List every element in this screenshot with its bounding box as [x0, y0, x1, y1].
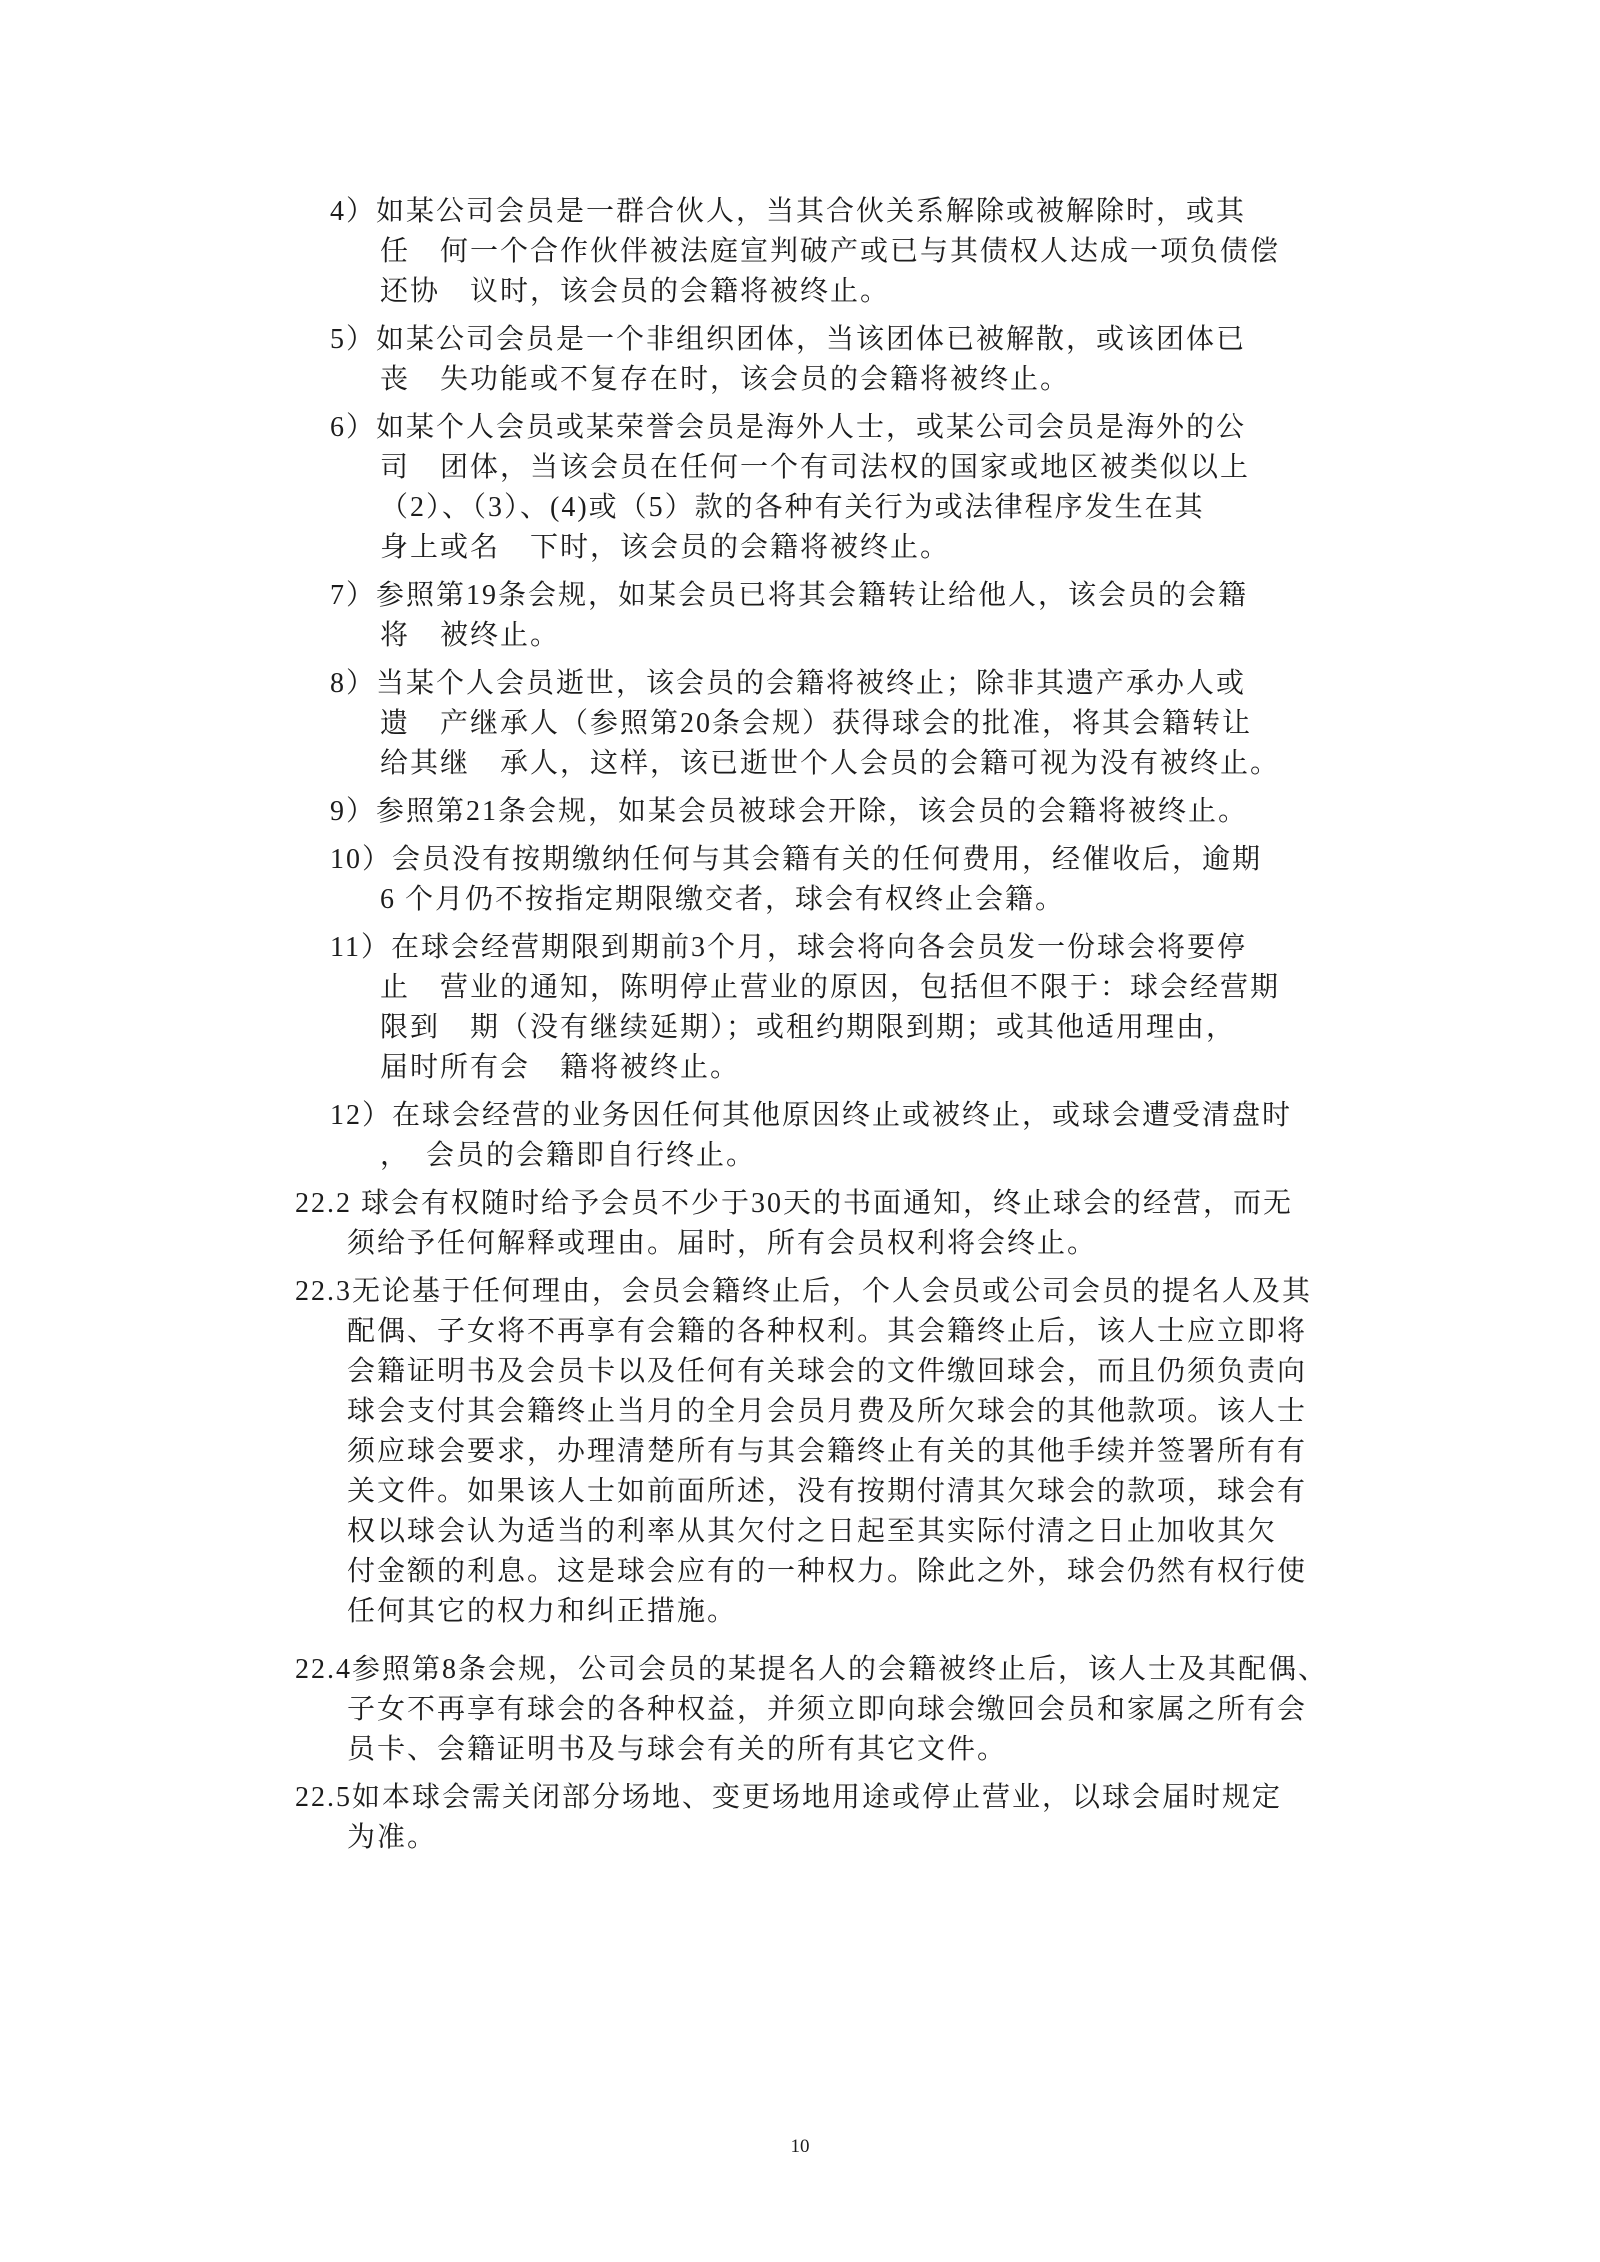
clause-continuation-line: 权以球会认为适当的利率从其欠付之日起至其实际付清之日止加收其欠 — [295, 1512, 1480, 1552]
clause-block: 10）会员没有按期缴纳任何与其会籍有关的任何费用，经催收后，逾期 6 个月仍不按… — [0, 840, 1480, 920]
clause-text: 参照第21条会规，如某会员被球会开除，该会员的会籍将被终止。 — [376, 796, 1248, 827]
clause-first-line: 22.2 球会有权随时给予会员不少于30天的书面通知，终止球会的经营，而无 — [295, 1184, 1480, 1224]
clause-first-line: 7）参照第19条会规，如某会员已将其会籍转让给他人，该会员的会籍 — [330, 576, 1480, 616]
clause-text: 参照第19条会规，如某会员已将其会籍转让给他人，该会员的会籍 — [376, 580, 1248, 611]
clause-continuation-line: （2）、（3）、(4)或（5）款的各种有关行为或法律程序发生在其 — [330, 488, 1480, 528]
clause-block: 22.4参照第8条会规，公司会员的某提名人的会籍被终止后，该人士及其配偶、 子女… — [0, 1650, 1480, 1770]
clause-continuation-line: 届时所有会 籍将被终止。 — [330, 1048, 1480, 1088]
clause-block: 22.5如本球会需关闭部分场地、变更场地用途或停止营业，以球会届时规定 为准。 — [0, 1778, 1480, 1858]
clause-continuation-line: 司 团体，当该会员在任何一个有司法权的国家或地区被类似以上 — [330, 448, 1480, 488]
clause-continuation-line: 会籍证明书及会员卡以及任何有关球会的文件缴回球会，而且仍须负责向 — [295, 1352, 1480, 1392]
clause-marker: 22.2 — [295, 1188, 361, 1219]
clause-text: 参照第8条会规，公司会员的某提名人的会籍被终止后，该人士及其配偶、 — [352, 1654, 1328, 1685]
clause-continuation-line: 子女不再享有球会的各种权益，并须立即向球会缴回会员和家属之所有会 — [295, 1690, 1480, 1730]
clause-marker: 9） — [330, 796, 376, 827]
clause-block: 8）当某个人会员逝世，该会员的会籍将被终止；除非其遗产承办人或 遗 产继承人（参… — [0, 664, 1480, 784]
clause-continuation-line: 止 营业的通知，陈明停止营业的原因，包括但不限于：球会经营期 — [330, 968, 1480, 1008]
clause-continuation-line: 配偶、子女将不再享有会籍的各种权利。其会籍终止后，该人士应立即将 — [295, 1312, 1480, 1352]
clause-continuation-line: 关文件。如果该人士如前面所述，没有按期付清其欠球会的款项，球会有 — [295, 1472, 1480, 1512]
clause-text: 如某公司会员是一群合伙人，当其合伙关系解除或被解除时，或其 — [376, 196, 1246, 227]
clause-continuation-line: 遗 产继承人（参照第20条会规）获得球会的批准，将其会籍转让 — [330, 704, 1480, 744]
clause-continuation-line: 为准。 — [295, 1818, 1480, 1858]
clause-continuation-line: 任 何一个合作伙伴被法庭宣判破产或已与其债权人达成一项负债偿 — [330, 232, 1480, 272]
clause-block: 12）在球会经营的业务因任何其他原因终止或被终止，或球会遭受清盘时 ， 会员的会… — [0, 1096, 1480, 1176]
clause-text: 如本球会需关闭部分场地、变更场地用途或停止营业，以球会届时规定 — [352, 1782, 1282, 1813]
page-number: 10 — [0, 2136, 1600, 2158]
clause-continuation-line: 须给予任何解释或理由。届时，所有会员权利将会终止。 — [295, 1224, 1480, 1264]
clause-marker: 4） — [330, 196, 376, 227]
clause-marker: 8） — [330, 668, 376, 699]
clause-continuation-line: 限到 期（没有继续延期）；或租约期限到期；或其他适用理由， — [330, 1008, 1480, 1048]
clause-text: 在球会经营的业务因任何其他原因终止或被终止，或球会遭受清盘时 — [392, 1100, 1292, 1131]
clause-first-line: 10）会员没有按期缴纳任何与其会籍有关的任何费用，经催收后，逾期 — [330, 840, 1480, 880]
clause-text: 如某个人会员或某荣誉会员是海外人士，或某公司会员是海外的公 — [376, 412, 1246, 443]
clause-first-line: 22.5如本球会需关闭部分场地、变更场地用途或停止营业，以球会届时规定 — [295, 1778, 1480, 1818]
clause-first-line: 12）在球会经营的业务因任何其他原因终止或被终止，或球会遭受清盘时 — [330, 1096, 1480, 1136]
document-page: 4）如某公司会员是一群合伙人，当其合伙关系解除或被解除时，或其 任 何一个合作伙… — [0, 0, 1600, 2262]
clause-continuation-line: 6 个月仍不按指定期限缴交者，球会有权终止会籍。 — [330, 880, 1480, 920]
clause-marker: 7） — [330, 580, 376, 611]
clause-block: 6）如某个人会员或某荣誉会员是海外人士，或某公司会员是海外的公 司 团体，当该会… — [0, 408, 1480, 568]
clause-continuation-line: 任何其它的权力和纠正措施。 — [295, 1592, 1480, 1632]
clause-continuation-line: 须应球会要求，办理清楚所有与其会籍终止有关的其他手续并签署所有有 — [295, 1432, 1480, 1472]
clause-first-line: 6）如某个人会员或某荣誉会员是海外人士，或某公司会员是海外的公 — [330, 408, 1480, 448]
clause-continuation-line: 还协 议时，该会员的会籍将被终止。 — [330, 272, 1480, 312]
clause-continuation-line: 身上或名 下时，该会员的会籍将被终止。 — [330, 528, 1480, 568]
clause-marker: 22.3 — [295, 1276, 352, 1307]
clause-continuation-line: 员卡、会籍证明书及与球会有关的所有其它文件。 — [295, 1730, 1480, 1770]
clause-text: 球会有权随时给予会员不少于30天的书面通知，终止球会的经营，而无 — [361, 1188, 1293, 1219]
clause-text: 当某个人会员逝世，该会员的会籍将被终止；除非其遗产承办人或 — [376, 668, 1246, 699]
clause-marker: 6） — [330, 412, 376, 443]
clause-marker: 10） — [330, 844, 392, 875]
clause-continuation-line: 丧 失功能或不复存在时，该会员的会籍将被终止。 — [330, 360, 1480, 400]
clause-block: 5）如某公司会员是一个非组织团体，当该团体已被解散，或该团体已 丧 失功能或不复… — [0, 320, 1480, 400]
clause-first-line: 4）如某公司会员是一群合伙人，当其合伙关系解除或被解除时，或其 — [330, 192, 1480, 232]
clause-first-line: 8）当某个人会员逝世，该会员的会籍将被终止；除非其遗产承办人或 — [330, 664, 1480, 704]
clause-first-line: 22.3无论基于任何理由，会员会籍终止后，个人会员或公司会员的提名人及其 — [295, 1272, 1480, 1312]
clause-marker: 11） — [330, 932, 391, 963]
clause-first-line: 5）如某公司会员是一个非组织团体，当该团体已被解散，或该团体已 — [330, 320, 1480, 360]
clause-first-line: 11）在球会经营期限到期前3个月，球会将向各会员发一份球会将要停 — [330, 928, 1480, 968]
clause-block: 7）参照第19条会规，如某会员已将其会籍转让给他人，该会员的会籍 将 被终止。 — [0, 576, 1480, 656]
clause-block: 22.2 球会有权随时给予会员不少于30天的书面通知，终止球会的经营，而无 须给… — [0, 1184, 1480, 1264]
clause-marker: 22.5 — [295, 1782, 352, 1813]
clause-block: 11）在球会经营期限到期前3个月，球会将向各会员发一份球会将要停 止 营业的通知… — [0, 928, 1480, 1088]
clause-marker: 12） — [330, 1100, 392, 1131]
clause-first-line: 9）参照第21条会规，如某会员被球会开除，该会员的会籍将被终止。 — [330, 792, 1480, 832]
document-body: 4）如某公司会员是一群合伙人，当其合伙关系解除或被解除时，或其 任 何一个合作伙… — [0, 192, 1480, 1866]
clause-continuation-line: ， 会员的会籍即自行终止。 — [330, 1136, 1480, 1176]
clause-block: 22.3无论基于任何理由，会员会籍终止后，个人会员或公司会员的提名人及其 配偶、… — [0, 1272, 1480, 1632]
clause-text: 如某公司会员是一个非组织团体，当该团体已被解散，或该团体已 — [376, 324, 1246, 355]
clause-continuation-line: 给其继 承人，这样，该已逝世个人会员的会籍可视为没有被终止。 — [330, 744, 1480, 784]
clause-block: 4）如某公司会员是一群合伙人，当其合伙关系解除或被解除时，或其 任 何一个合作伙… — [0, 192, 1480, 312]
clause-continuation-line: 付金额的利息。这是球会应有的一种权力。除此之外，球会仍然有权行使 — [295, 1552, 1480, 1592]
clause-continuation-line: 球会支付其会籍终止当月的全月会员月费及所欠球会的其他款项。该人士 — [295, 1392, 1480, 1432]
clause-text: 无论基于任何理由，会员会籍终止后，个人会员或公司会员的提名人及其 — [352, 1276, 1312, 1307]
clause-block: 9）参照第21条会规，如某会员被球会开除，该会员的会籍将被终止。 — [0, 792, 1480, 832]
clause-marker: 5） — [330, 324, 376, 355]
clause-marker: 22.4 — [295, 1654, 352, 1685]
clause-continuation-line: 将 被终止。 — [330, 616, 1480, 656]
clause-first-line: 22.4参照第8条会规，公司会员的某提名人的会籍被终止后，该人士及其配偶、 — [295, 1650, 1480, 1690]
clause-text: 在球会经营期限到期前3个月，球会将向各会员发一份球会将要停 — [391, 932, 1247, 963]
clause-text: 会员没有按期缴纳任何与其会籍有关的任何费用，经催收后，逾期 — [392, 844, 1262, 875]
